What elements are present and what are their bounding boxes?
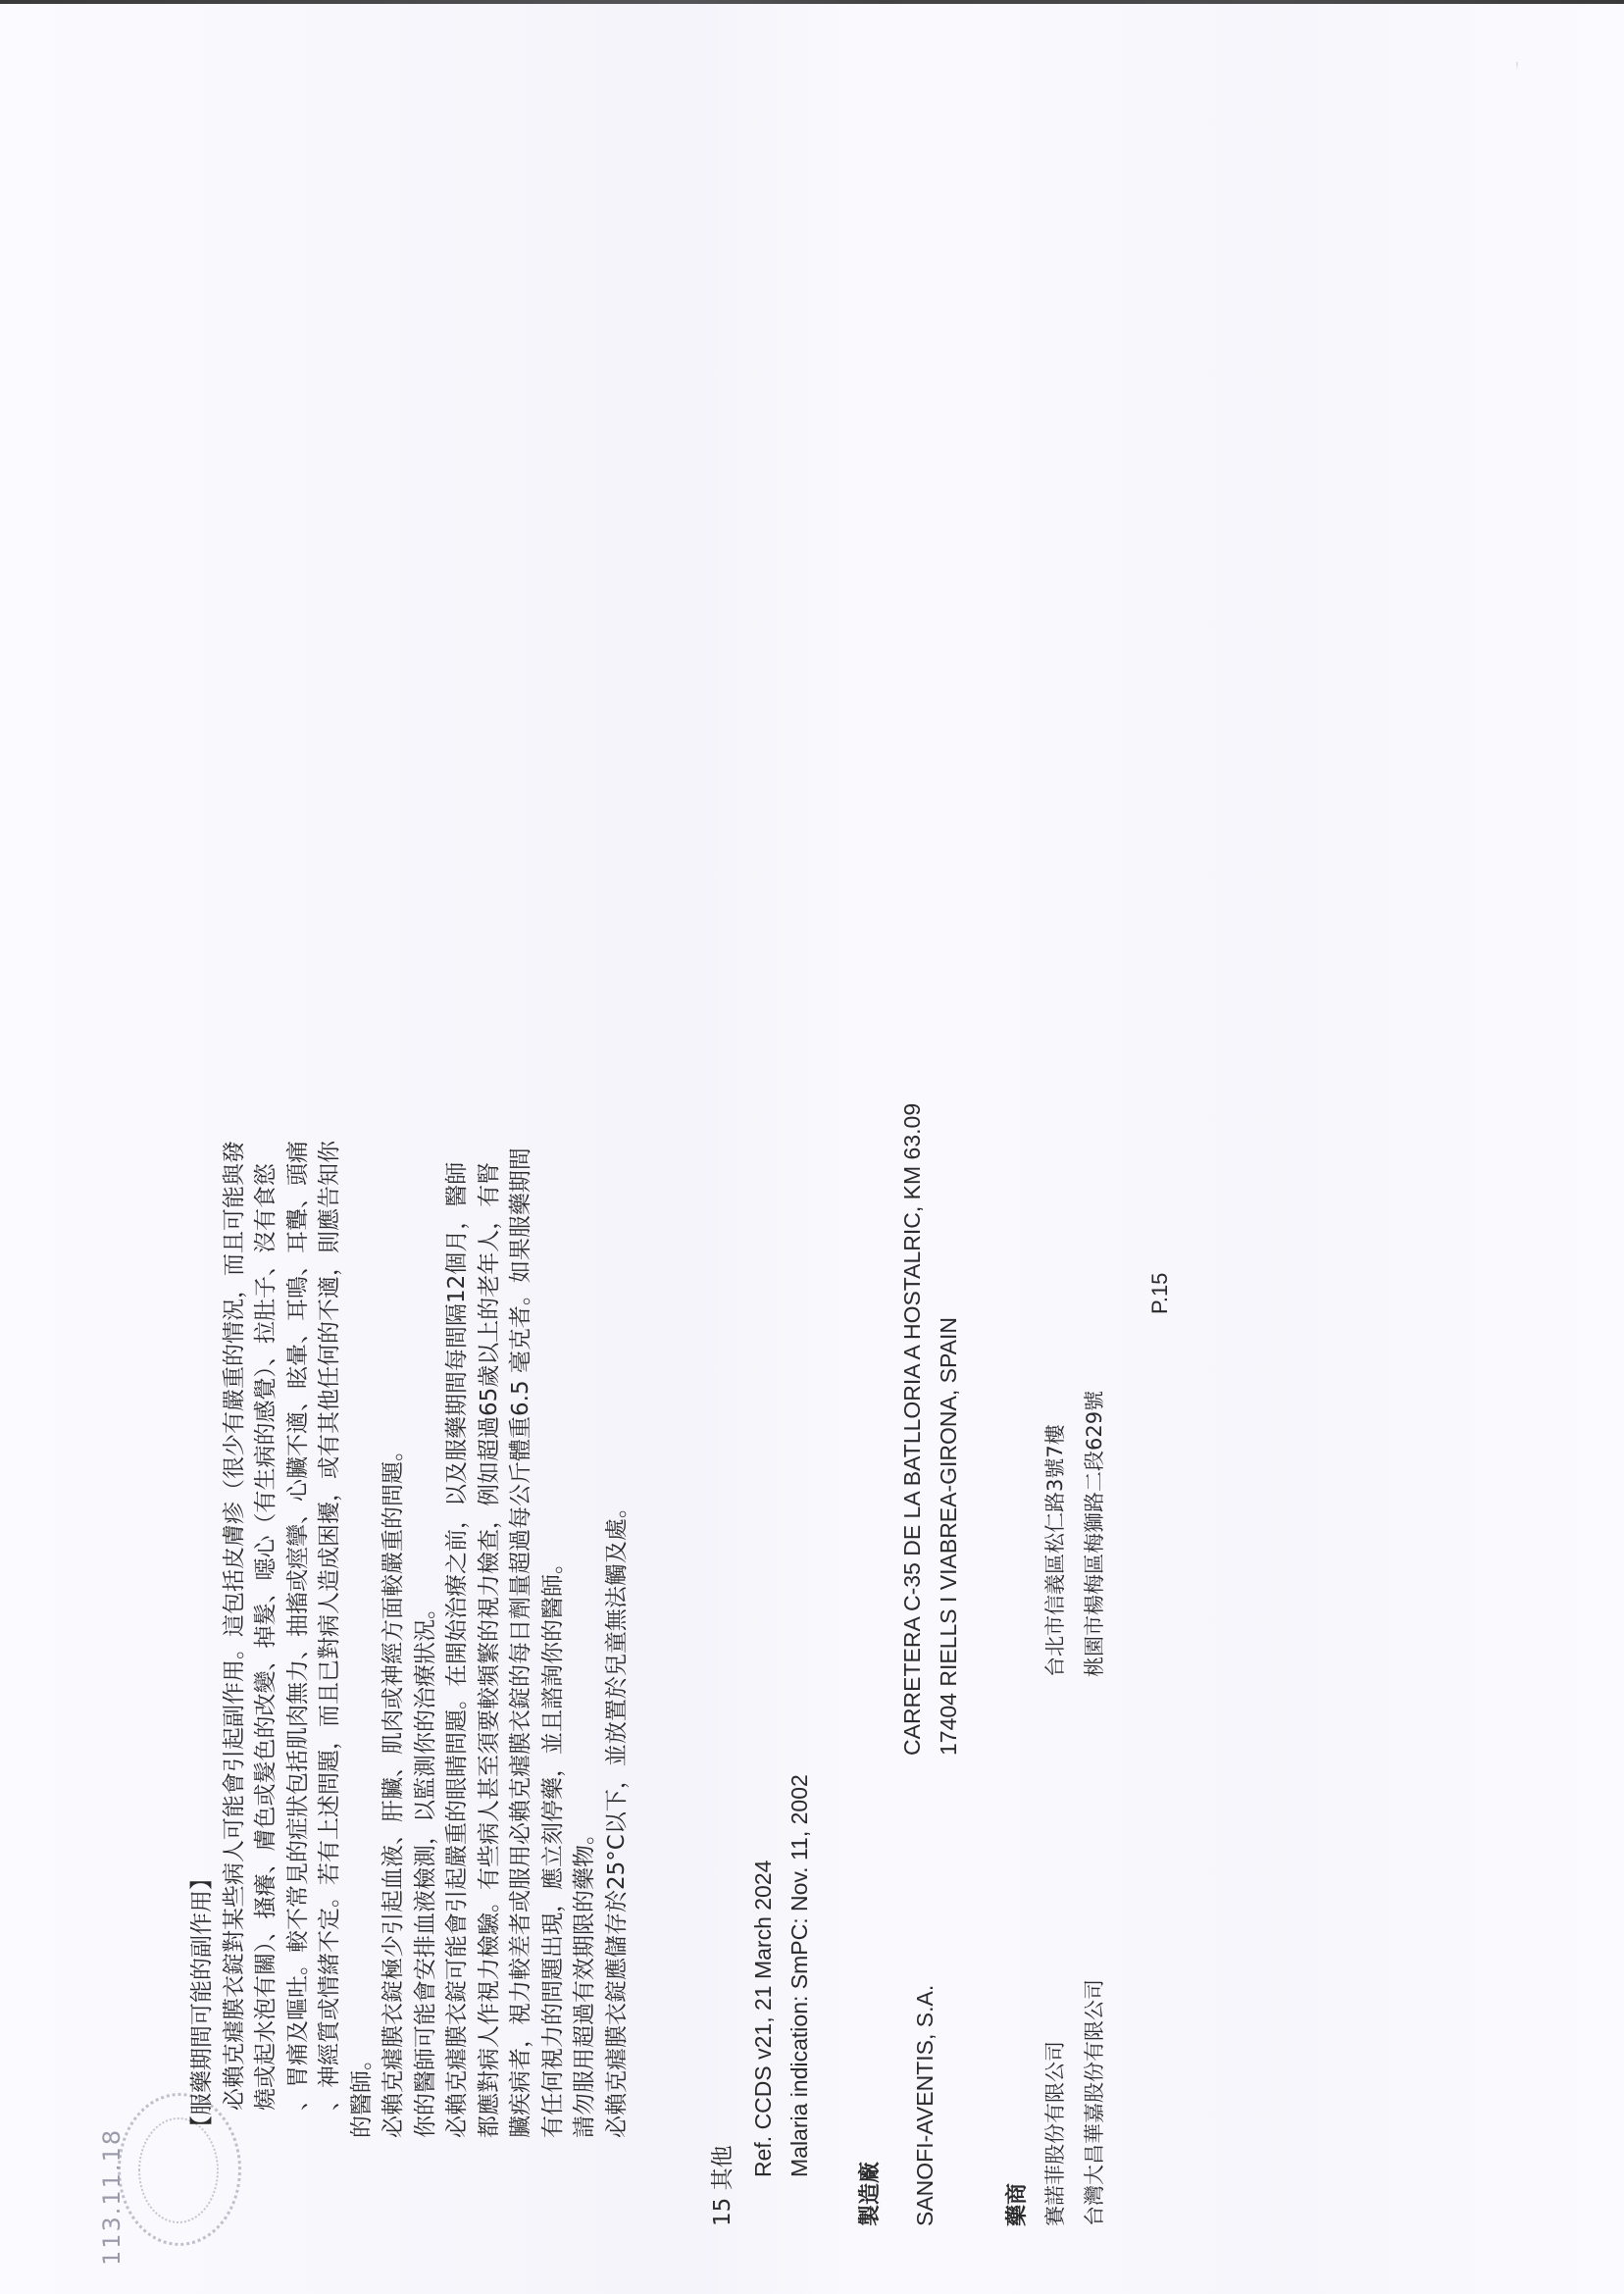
side-effects-line: 必賴克瘧膜衣錠應儲存於25°C以下，並放置於兒童無法觸及處。	[601, 1059, 634, 2138]
side-effects-line: 必賴克瘧膜衣錠極少引起血液、肝臟、肌肉或神經方面較嚴重的問題。	[378, 1059, 410, 2138]
side-effects-line: 、神經質或情緒不定。若有上述問題，而且已對病人造成困擾，或有其他任何的不適，則應…	[314, 1059, 346, 2138]
side-effects-line: 臟疾病者，視力較差者或服用必賴克瘧膜衣錠的每日劑量超過每公斤體重6.5 毫克者。…	[505, 1059, 537, 2138]
side-effects-line: 你的醫師可能會安排血液檢測，以監測你的治療狀況。	[410, 1059, 442, 2138]
manufacturer-address-line: CARRETERA C-35 DE LA BATLLORIA A HOSTALR…	[894, 1103, 931, 1756]
distributor-name: 台灣大昌華嘉股份有限公司	[1079, 1677, 1108, 2226]
reference-block: Ref. CCDS v21, 21 March 2024 Malaria ind…	[745, 1774, 818, 2177]
manufacturer-address: CARRETERA C-35 DE LA BATLLORIA A HOSTALR…	[894, 1103, 967, 1756]
rotated-page-content: 113.11.18 【服藥期間可能的副作用】 必賴克瘧膜衣錠對某些病人可能會引起…	[59, 1089, 1236, 2266]
side-effects-line: 都應對病人作視力檢驗。有些病人甚至須要較頻繁的視力檢查，例如超過65歲以上的老年…	[474, 1059, 506, 2138]
manufacturer-address-line: 17404 RIELLS I VIABREA-GIRONA, SPAIN	[931, 1103, 967, 1756]
distributor-label: 藥商	[1000, 2183, 1031, 2226]
side-effects-line: 必賴克瘧膜衣錠對某些病人可能會引起副作用。這包括皮膚疹（很少有嚴重的情況，而且可…	[219, 1059, 251, 2138]
section-15-heading: 15 其他	[704, 2145, 736, 2226]
reference-line: Ref. CCDS v21, 21 March 2024	[745, 1774, 782, 2177]
side-effects-line: 有任何視力的問題出現，應立刻停藥，並且諮詢你的醫師。	[537, 1059, 570, 2138]
manufacturer-label: 製造廠	[853, 2162, 884, 2226]
side-effects-heading: 【服藥期間可能的副作用】	[186, 1059, 219, 2138]
distributor-row: 台灣大昌華嘉股份有限公司桃園市楊梅區梅獅路二段629號	[1079, 1391, 1108, 2226]
distributor-address: 台北市信義區松仁路3號7樓	[1043, 1424, 1067, 1677]
manufacturer-name: SANOFI-AVENTIS, S.A.	[912, 1985, 939, 2226]
side-effects-line: 、胃痛及嘔吐。較不常見的症狀包括肌肉無力、抽搐或痙攣、心臟不適、眩暈、耳鳴、耳聾…	[282, 1059, 315, 2138]
page-number: P.15	[1147, 1273, 1173, 1314]
corner-mark: ꜝ	[1515, 59, 1519, 77]
distributor-row: 賽諾菲股份有限公司台北市信義區松仁路3號7樓	[1040, 1424, 1069, 2226]
reference-line: Malaria indication: SmPC: Nov. 11, 2002	[782, 1774, 818, 2177]
side-effects-line: 的醫師。	[346, 1059, 379, 2138]
side-effects-line: 燒或起水泡有關）、搔癢、膚色或髮色的改變、掉髮、噁心（有生病的感覺）、拉肚子、沒…	[250, 1059, 282, 2138]
side-effects-line: 必賴克瘧膜衣錠可能會引起嚴重的眼睛問題。在開始治療之前，以及服藥期間每間隔12個…	[441, 1059, 474, 2138]
distributor-name: 賽諾菲股份有限公司	[1040, 1677, 1069, 2226]
distributor-address: 桃園市楊梅區梅獅路二段629號	[1083, 1391, 1106, 1677]
side-effects-section: 【服藥期間可能的副作用】 必賴克瘧膜衣錠對某些病人可能會引起副作用。這包括皮膚疹…	[186, 1059, 633, 2138]
scan-top-edge	[0, 0, 1624, 4]
side-effects-line: 請勿服用超過有效期限的藥物。	[569, 1059, 601, 2138]
